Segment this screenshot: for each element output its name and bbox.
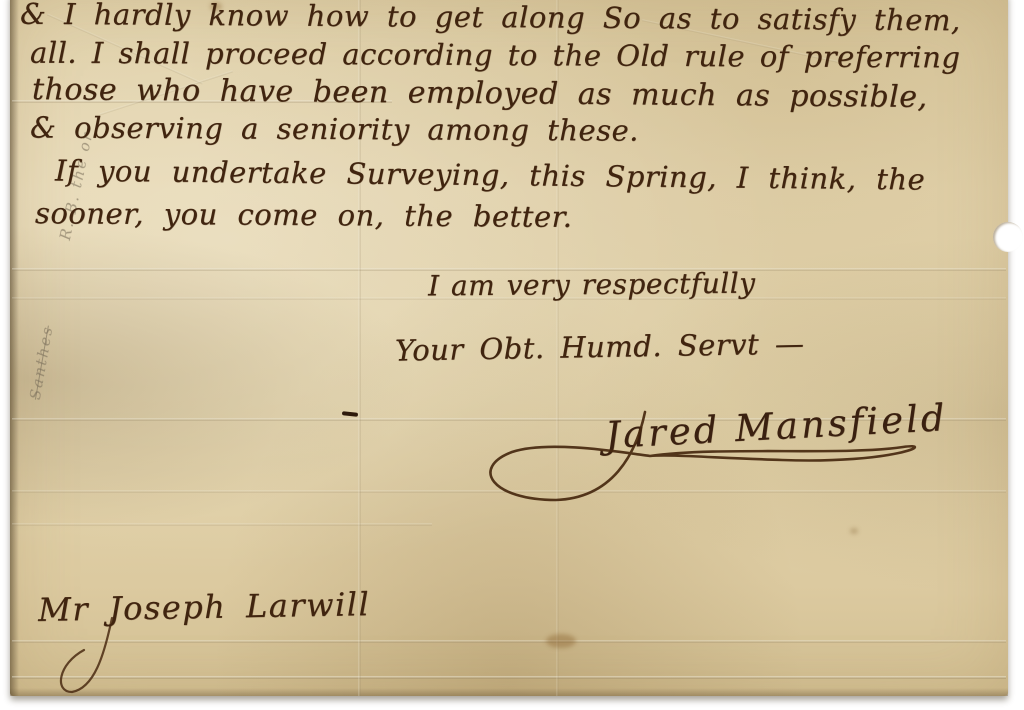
closing-line: Your Obt. Humd. Servt — [395,326,805,367]
scanned-letter-page: R. B. the or Santhes & I hardly know how… [0,0,1024,710]
handwriting-line: all. I shall proceed according to the Ol… [30,36,961,75]
fold-crease [12,640,1006,643]
closing-line: I am very respectfully [428,267,756,303]
handwriting-line: sooner, you come on, the better. [35,196,573,234]
paper-bottom-edge-shadow [10,688,1008,696]
fold-crease [12,523,432,526]
handwriting-line: & observing a seniority among these. [30,110,639,147]
fold-crease [12,676,1006,679]
addressee-line: Mr Joseph Larwill [38,585,371,629]
paper-stain [850,528,858,534]
paper-stain [546,634,576,648]
torn-notch [993,222,1023,252]
handwriting-line: & I hardly know how to get along So as t… [20,0,961,37]
paper-left-edge-shadow [10,0,19,696]
fold-crease [12,490,1006,493]
